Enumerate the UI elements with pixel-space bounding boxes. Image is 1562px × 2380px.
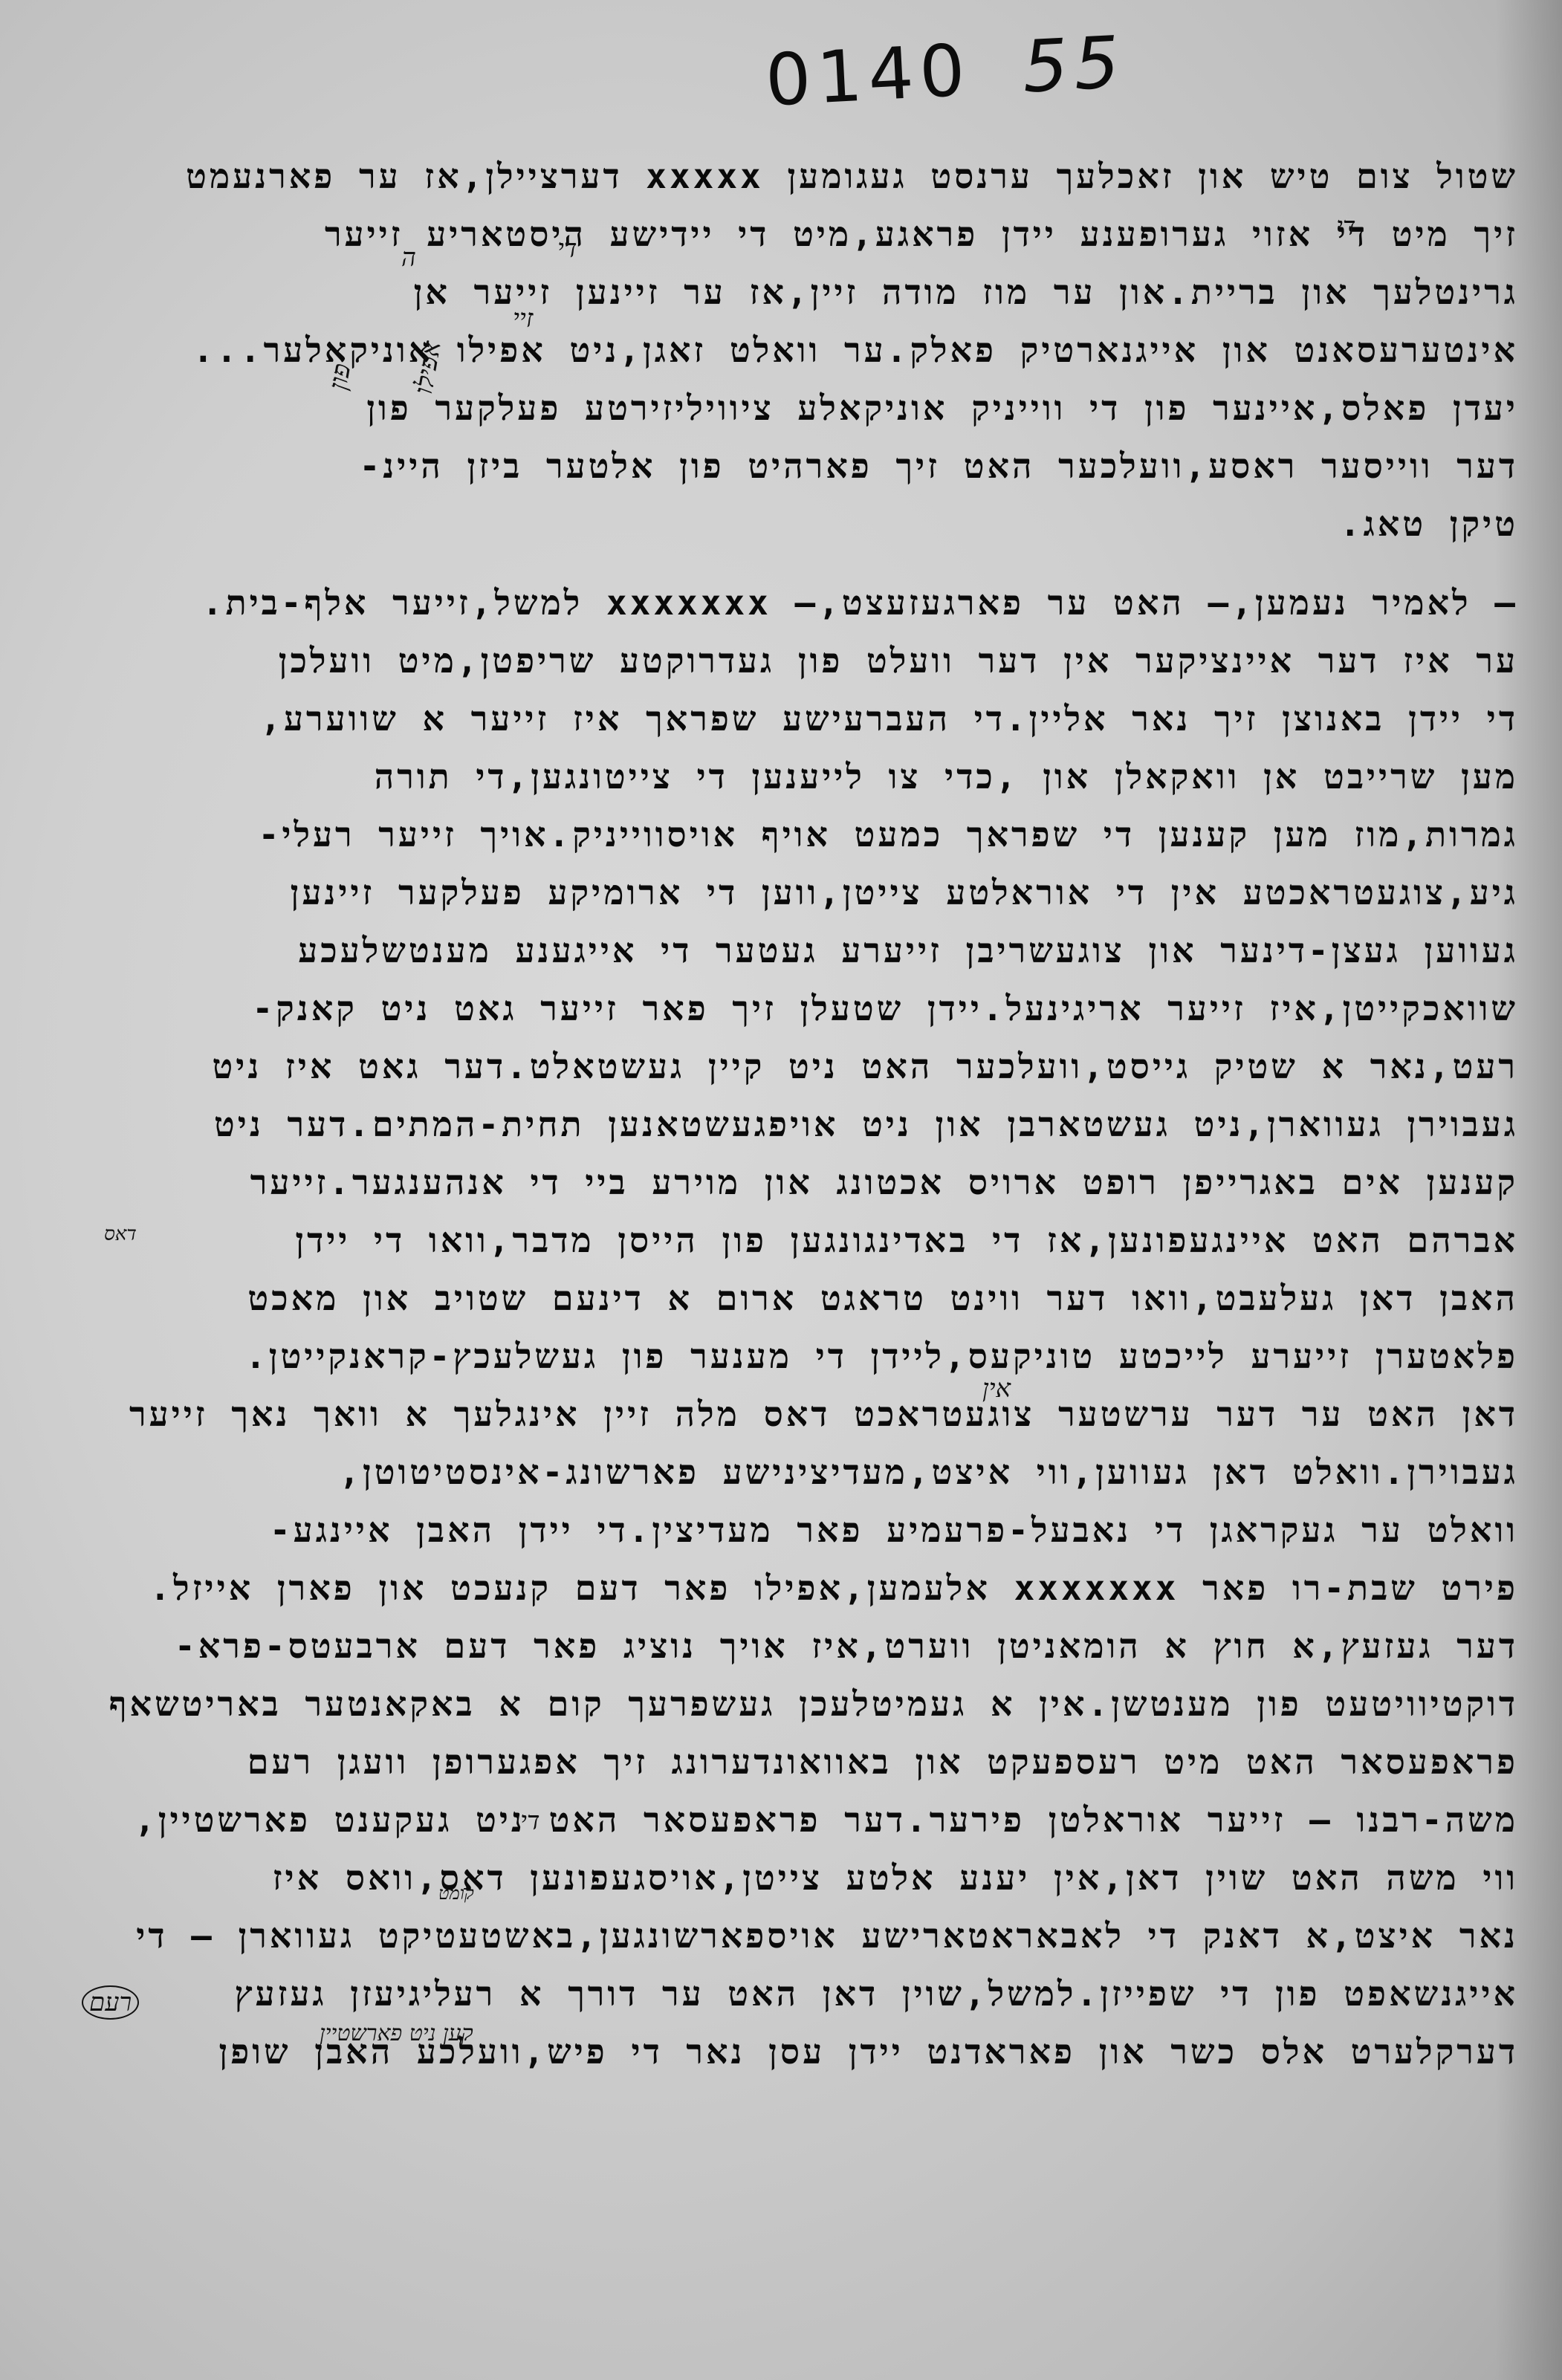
text-line: פירט שבת-רו פאר xxxxxxx אלעמען,אפילו פאר… bbox=[43, 1559, 1518, 1617]
text-line: דערקלערט אלס כשר און פאראדנט יידן עסן נא… bbox=[43, 2023, 1518, 2081]
text-line: משה-רבנו – זייער אוראלטן פירער.דער פראפע… bbox=[43, 1791, 1518, 1849]
text-line: שוואכקייטן,איז זייער אריגינעל.יידן שטעלן… bbox=[43, 979, 1518, 1037]
text-line: יעדן פאלס,איינער פון די ווייניק אוניקאלע… bbox=[43, 379, 1518, 437]
scanned-document-page: 014055 שטול צום טיש און זאכלעך ערנסט געג… bbox=[0, 0, 1562, 2380]
text-line: – לאמיר נעמען,– האט ער פארגעזעצט,– xxxxx… bbox=[43, 574, 1518, 632]
page-number: 55 bbox=[1020, 20, 1127, 108]
text-line: דוקטיוויטעט פון מענטשן.אין א געמיטלעכן ג… bbox=[43, 1675, 1518, 1733]
archive-number: 0140 bbox=[763, 28, 973, 122]
handwritten-annotation: ה bbox=[401, 245, 416, 270]
handwritten-annotation: די bbox=[520, 1809, 539, 1834]
text-line: טיקן טאג. bbox=[43, 495, 1518, 553]
handwritten-annotation: קען ניט פארשטיין bbox=[320, 2023, 473, 2045]
text-line: מען שרייבט אן וואקאלן און ,כדי צו לייענע… bbox=[43, 748, 1518, 805]
text-line: אינטערעסאנט און אייגנארטיק פאלק.ער וואלט… bbox=[43, 321, 1518, 379]
text-line: גיע,צוגעטראכטע אין די אוראלטע צייטן,ווען… bbox=[43, 863, 1518, 921]
text-line: דאן האט ער דער ערשטער צוגעטראכט דאס מלה … bbox=[43, 1385, 1518, 1443]
text-line: אייגנשאפט פון די שפייזן.למשל,שוין דאן הא… bbox=[43, 1965, 1518, 2023]
text-line: געבוירן געווארן,ניט געשטארבן און ניט אוי… bbox=[43, 1095, 1518, 1153]
text-line: דער געזעץ,א חוץ א הומאניטן ווערט,איז אוי… bbox=[43, 1617, 1518, 1675]
text-line: שטול צום טיש און זאכלעך ערנסט געגומען xx… bbox=[43, 147, 1518, 205]
text-line: די יידן באנוצן זיך נאר אליין.די העברעישע… bbox=[43, 690, 1518, 748]
text-line: גמרות,מוז מען קענען די שפראך כמעט אויף א… bbox=[43, 805, 1518, 863]
text-line: גרינטלעך און בריית.און ער מוז מודה זיין,… bbox=[43, 263, 1518, 321]
text-line: וואלט ער געקראגן די נאבעל-פרעמיע פאר מעד… bbox=[43, 1501, 1518, 1559]
handwritten-annotation: די bbox=[557, 236, 577, 262]
text-line: פראפעסאר האט מיט רעספעקט און באוואונדערו… bbox=[43, 1733, 1518, 1791]
handwritten-annotation: די bbox=[1336, 214, 1355, 239]
folio-number: 014055 bbox=[763, 20, 1127, 122]
text-line: ווי משה האט שוין דאן,אין יענע אלטע צייטן… bbox=[43, 1849, 1518, 1907]
text-line: קענען אים באגרייפן רופט ארויס אכטונג און… bbox=[43, 1153, 1518, 1211]
text-line: אברהם האט איינגעפונען,אז די באדינגונגען … bbox=[43, 1211, 1518, 1269]
typewritten-body: שטול צום טיש און זאכלעך ערנסט געגומען xx… bbox=[43, 147, 1518, 2081]
handwritten-annotation: זיי bbox=[513, 306, 533, 331]
text-line: פלאטערן זייערע לייכטע טוניקעס,ליידן די מ… bbox=[43, 1327, 1518, 1385]
text-line: זיך מיט די אזוי גערופענע יידן פראגע,מיט … bbox=[43, 205, 1518, 263]
handwritten-annotation: אין bbox=[982, 1376, 1011, 1401]
text-line: האבן דאן געלעבט,וואו דער ווינט טראגט ארו… bbox=[43, 1269, 1518, 1327]
handwritten-annotation: פון bbox=[325, 362, 355, 392]
handwritten-annotation: רעם bbox=[82, 1985, 139, 2020]
text-line: געווען געצן-דינער און צוגעשריבן זייערע ג… bbox=[43, 921, 1518, 979]
handwritten-annotation: דאס bbox=[104, 1225, 137, 1244]
text-line: דער ווייסער ראסע,וועלכער האט זיך פארהיט … bbox=[43, 437, 1518, 495]
text-line: נאר איצט,א דאנק די לאבאראטארישע אויספארש… bbox=[43, 1907, 1518, 1965]
handwritten-annotation: קומט bbox=[438, 1884, 474, 1902]
text-line: ער איז דער איינציקער אין דער וועלט פון ג… bbox=[43, 632, 1518, 690]
text-line: רעט,נאר א שטיק גייסט,וועלכער האט ניט קיי… bbox=[43, 1037, 1518, 1095]
text-line: געבוירן.וואלט דאן געווען,ווי איצט,מעדיצי… bbox=[43, 1443, 1518, 1501]
